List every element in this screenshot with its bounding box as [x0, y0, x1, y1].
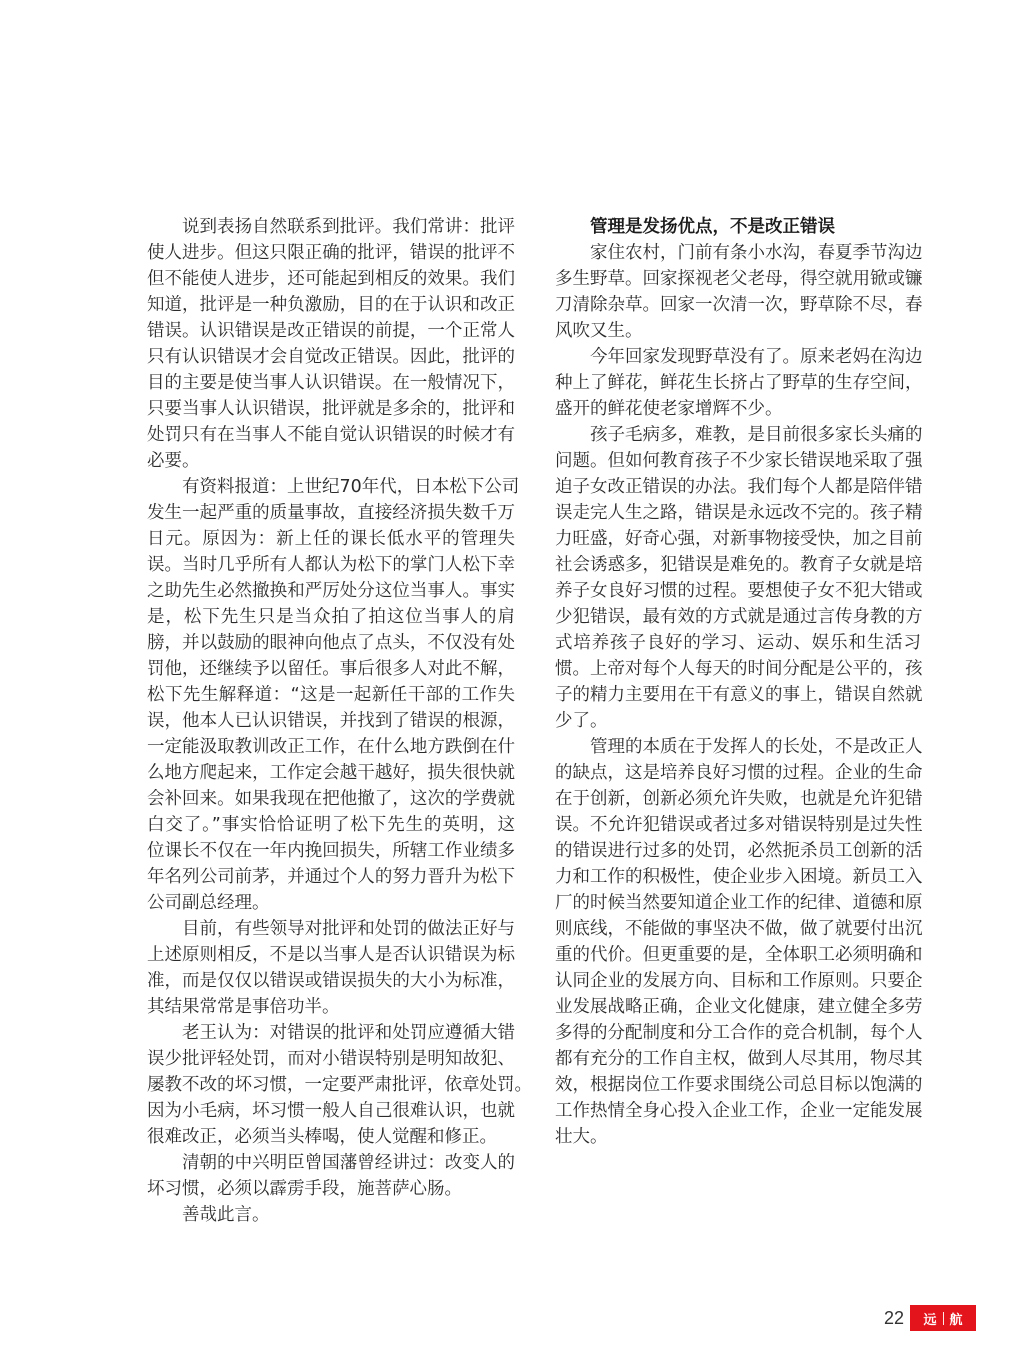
text-line: 处罚只有在当事人不能自觉认识错误的时候才有: [147, 422, 515, 448]
page-footer: 22 远 航: [884, 1305, 976, 1331]
text-line: 管理的本质在于发挥人的长处，不是改正人: [555, 734, 921, 760]
magazine-brand-badge: 远 航: [910, 1305, 976, 1331]
text-line: 只要当事人认识错误，批评就是多余的，批评和: [147, 396, 515, 422]
text-line: 误走完人生之路，错误是永远改不完的。孩子精: [555, 500, 921, 526]
text-line: 种上了鲜花，鲜花生长挤占了野草的生存空间，: [555, 370, 921, 396]
text-line: 年名列公司前茅，并通过个人的努力晋升为松下: [147, 864, 515, 890]
text-line: 孩子毛病多，难教，是目前很多家长头痛的: [555, 422, 921, 448]
text-line: 盛开的鲜花使老家增辉不少。: [555, 396, 921, 422]
text-line: 误少批评轻处罚，而对小错误特别是明知故犯、: [147, 1046, 515, 1072]
section-title: 管理是发扬优点，不是改正错误: [555, 214, 921, 240]
text-line: 其结果常常是事倍功半。: [147, 994, 515, 1020]
text-line: 社会诱惑多，犯错误是难免的。教育子女就是培: [555, 552, 921, 578]
text-line: 位课长不仅在一年内挽回损失，所辖工作业绩多: [147, 838, 515, 864]
text-line: 么地方爬起来，工作定会越干越好，损失很快就: [147, 760, 515, 786]
text-line: 子的精力主要用在干有意义的事上，错误自然就: [555, 682, 921, 708]
text-line: 老王认为：对错误的批评和处罚应遵循大错: [147, 1020, 515, 1046]
text-line: 罚他，还继续予以留任。事后很多人对此不解，: [147, 656, 515, 682]
text-line: 发生一起严重的质量事故，直接经济损失数千万: [147, 500, 515, 526]
text-line: 养子女良好习惯的过程。要想使子女不犯大错或: [555, 578, 921, 604]
text-line: 公司副总经理。: [147, 890, 515, 916]
text-line: 善哉此言。: [147, 1202, 515, 1228]
text-line: 式培养孩子良好的学习、运动、娱乐和生活习: [555, 630, 921, 656]
text-line: 的缺点，这是培养良好习惯的过程。企业的生命: [555, 760, 921, 786]
text-line: 壮大。: [555, 1124, 921, 1150]
paragraph: 清朝的中兴明臣曾国藩曾经讲过：改变人的坏习惯，必须以霹雳手段，施菩萨心肠。: [147, 1150, 515, 1202]
text-line: 惯。上帝对每个人每天的时间分配是公平的，孩: [555, 656, 921, 682]
paragraph: 家住农村，门前有条小水沟，春夏季节沟边多生野草。回家探视老父老母，得空就用锨或镰…: [555, 240, 921, 344]
text-line: 问题。但如何教育孩子不少家长错误地采取了强: [555, 448, 921, 474]
text-line: 使人进步。但这只限正确的批评，错误的批评不: [147, 240, 515, 266]
paragraph: 说到表扬自然联系到批评。我们常讲：批评使人进步。但这只限正确的批评，错误的批评不…: [147, 214, 515, 474]
text-line: 误。当时几乎所有人都认为松下的掌门人松下幸: [147, 552, 515, 578]
paragraph: 管理的本质在于发挥人的长处，不是改正人的缺点，这是培养良好习惯的过程。企业的生命…: [555, 734, 921, 1150]
text-line: 目的主要是使当事人认识错误。在一般情况下，: [147, 370, 515, 396]
text-line: 多得的分配制度和分工合作的竞合机制，每个人: [555, 1020, 921, 1046]
text-line: 误，他本人已认识错误，并找到了错误的根源，: [147, 708, 515, 734]
paragraph: 孩子毛病多，难教，是目前很多家长头痛的问题。但如何教育孩子不少家长错误地采取了强…: [555, 422, 921, 734]
left-column: 说到表扬自然联系到批评。我们常讲：批评使人进步。但这只限正确的批评，错误的批评不…: [147, 214, 515, 1228]
text-line: 力和工作的积极性，使企业步入困境。新员工入: [555, 864, 921, 890]
text-line: 白交了。”事实恰恰证明了松下先生的英明，这: [147, 812, 515, 838]
right-column-body: 家住农村，门前有条小水沟，春夏季节沟边多生野草。回家探视老父老母，得空就用锨或镰…: [555, 240, 921, 1150]
brand-divider: [943, 1312, 944, 1325]
text-line: 有资料报道：上世纪70年代，日本松下公司: [147, 474, 515, 500]
text-line: 认同企业的发展方向、目标和工作原则。只要企: [555, 968, 921, 994]
text-line: 误。不允许犯错误或者过多对错误特别是过失性: [555, 812, 921, 838]
text-line: 膀，并以鼓励的眼神向他点了点头，不仅没有处: [147, 630, 515, 656]
paragraph: 善哉此言。: [147, 1202, 515, 1228]
text-line: 坏习惯，必须以霹雳手段，施菩萨心肠。: [147, 1176, 515, 1202]
text-line: 准，而是仅仅以错误或错误损失的大小为标准，: [147, 968, 515, 994]
text-line: 少了。: [555, 708, 921, 734]
text-line: 上述原则相反，不是以当事人是否认识错误为标: [147, 942, 515, 968]
text-line: 错误。认识错误是改正错误的前提，一个正常人: [147, 318, 515, 344]
paragraph: 今年回家发现野草没有了。原来老妈在沟边种上了鲜花，鲜花生长挤占了野草的生存空间，…: [555, 344, 921, 422]
text-line: 都有充分的工作自主权，做到人尽其用，物尽其: [555, 1046, 921, 1072]
text-line: 少犯错误，最有效的方式就是通过言传身教的方: [555, 604, 921, 630]
brand-char-right: 航: [950, 1309, 963, 1328]
text-line: 清朝的中兴明臣曾国藩曾经讲过：改变人的: [147, 1150, 515, 1176]
text-line: 日元。原因为：新上任的课长低水平的管理失: [147, 526, 515, 552]
text-line: 说到表扬自然联系到批评。我们常讲：批评: [147, 214, 515, 240]
text-line: 屡教不改的坏习惯，一定要严肃批评，依章处罚。: [147, 1072, 515, 1098]
text-line: 一定能汲取教训改正工作，在什么地方跌倒在什: [147, 734, 515, 760]
text-line: 刀清除杂草。回家一次清一次，野草除不尽，春: [555, 292, 921, 318]
text-line: 重的代价。但更重要的是，全体职工必须明确和: [555, 942, 921, 968]
text-line: 之助先生必然撤换和严厉处分这位当事人。事实: [147, 578, 515, 604]
text-line: 是，松下先生只是当众拍了拍这位当事人的肩: [147, 604, 515, 630]
text-line: 在于创新，创新必须允许失败，也就是允许犯错: [555, 786, 921, 812]
text-line: 知道，批评是一种负激励，目的在于认识和改正: [147, 292, 515, 318]
text-line: 迫子女改正错误的办法。我们每个人都是陪伴错: [555, 474, 921, 500]
text-line: 工作热情全身心投入企业工作，企业一定能发展: [555, 1098, 921, 1124]
text-line: 今年回家发现野草没有了。原来老妈在沟边: [555, 344, 921, 370]
brand-char-left: 远: [924, 1309, 937, 1328]
text-line: 家住农村，门前有条小水沟，春夏季节沟边: [555, 240, 921, 266]
text-line: 很难改正，必须当头棒喝，使人觉醒和修正。: [147, 1124, 515, 1150]
text-line: 但不能使人进步，还可能起到相反的效果。我们: [147, 266, 515, 292]
text-line: 业发展战略正确，企业文化健康，建立健全多劳: [555, 994, 921, 1020]
text-line: 因为小毛病，坏习惯一般人自己很难认识，也就: [147, 1098, 515, 1124]
paragraph: 目前，有些领导对批评和处罚的做法正好与上述原则相反，不是以当事人是否认识错误为标…: [147, 916, 515, 1020]
text-line: 的错误进行过多的处罚，必然扼杀员工创新的活: [555, 838, 921, 864]
text-line: 厂的时候当然要知道企业工作的纪律、道德和原: [555, 890, 921, 916]
text-line: 只有认识错误才会自觉改正错误。因此，批评的: [147, 344, 515, 370]
text-line: 目前，有些领导对批评和处罚的做法正好与: [147, 916, 515, 942]
text-line: 必要。: [147, 448, 515, 474]
text-line: 则底线，不能做的事坚决不做，做了就要付出沉: [555, 916, 921, 942]
text-line: 松下先生解释道：“这是一起新任干部的工作失: [147, 682, 515, 708]
text-line: 多生野草。回家探视老父老母，得空就用锨或镰: [555, 266, 921, 292]
paragraph: 老王认为：对错误的批评和处罚应遵循大错误少批评轻处罚，而对小错误特别是明知故犯、…: [147, 1020, 515, 1150]
text-line: 力旺盛，好奇心强，对新事物接受快，加之目前: [555, 526, 921, 552]
text-line: 风吹又生。: [555, 318, 921, 344]
text-line: 会补回来。如果我现在把他撤了，这次的学费就: [147, 786, 515, 812]
paragraph: 有资料报道：上世纪70年代，日本松下公司发生一起严重的质量事故，直接经济损失数千…: [147, 474, 515, 916]
text-line: 效，根据岗位工作要求围绕公司总目标以饱满的: [555, 1072, 921, 1098]
page-number: 22: [884, 1305, 904, 1331]
right-column: 管理是发扬优点，不是改正错误 家住农村，门前有条小水沟，春夏季节沟边多生野草。回…: [555, 214, 921, 1150]
